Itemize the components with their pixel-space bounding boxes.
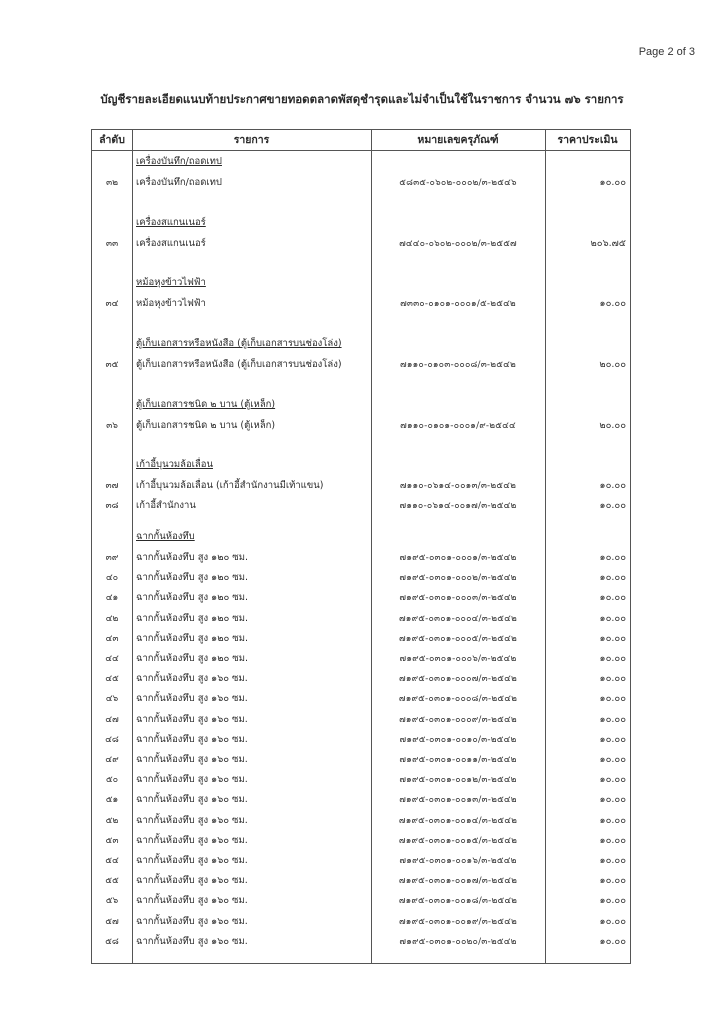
table-row: ๕๒ฉากกั้นห้องทึบ สูง ๑๖๐ ซม.๗๑๙๕-๐๓๐๑-๐๐…: [92, 811, 630, 831]
appraised-price: ๑๐.๐๐: [545, 770, 626, 790]
item-name: ฉากกั้นห้องทึบ สูง ๑๖๐ ซม.: [136, 710, 372, 730]
group-heading-row: หม้อหุงข้าวไฟฟ้า: [92, 273, 630, 293]
item-name: หม้อหุงข้าวไฟฟ้า: [136, 294, 372, 314]
header-item: รายการ: [132, 130, 371, 150]
table-row: ๓๓เครื่องสแกนเนอร์๗๔๔๐-๐๖๐๒-๐๐๐๒/๓-๒๕๕๗๒…: [92, 234, 630, 254]
asset-code: ๗๑๙๕-๐๓๐๑-๐๐๑๗/๓-๒๕๔๒: [371, 871, 545, 891]
header-no: ลำดับ: [92, 130, 132, 150]
asset-code: ๗๑๙๕-๐๓๐๑-๐๐๐๗/๓-๒๕๔๒: [371, 669, 545, 689]
appraised-price: ๑๐.๐๐: [545, 831, 626, 851]
item-number: ๔๕: [92, 669, 132, 689]
item-number: ๔๙: [92, 750, 132, 770]
asset-code: ๗๑๙๕-๐๓๐๑-๐๐๒๐/๓-๒๕๔๒: [371, 932, 545, 952]
item-number: ๕๖: [92, 891, 132, 911]
appraised-price: ๑๐.๐๐: [545, 588, 626, 608]
asset-code: ๗๑๙๕-๐๓๐๑-๐๐๑๓/๓-๒๕๔๒: [371, 790, 545, 810]
asset-code: ๗๑๙๕-๐๓๐๑-๐๐๐๔/๓-๒๕๔๒: [371, 609, 545, 629]
item-name: ฉากกั้นห้องทึบ สูง ๑๖๐ ซม.: [136, 770, 372, 790]
item-name: ตู้เก็บเอกสารชนิด ๒ บาน (ตู้เหล็ก): [136, 416, 372, 436]
asset-code: ๗๑๙๕-๐๓๐๑-๐๐๑๙/๓-๒๕๔๒: [371, 912, 545, 932]
item-number: ๕๐: [92, 770, 132, 790]
item-name: เก้าอี้สำนักงาน: [136, 496, 372, 516]
item-name: ฉากกั้นห้องทึบ สูง ๑๖๐ ซม.: [136, 689, 372, 709]
asset-code: ๗๑๑๐-๐๖๑๔-๐๐๑๓/๓-๒๕๔๒: [371, 476, 545, 496]
item-name: ฉากกั้นห้องทึบ สูง ๑๖๐ ซม.: [136, 891, 372, 911]
group-title: เครื่องบันทึก/ถอดเทป: [136, 152, 372, 172]
item-name: เก้าอี้บุนวมล้อเลื่อน (เก้าอี้สำนักงานมี…: [136, 476, 372, 496]
asset-code: ๗๑๙๕-๐๓๐๑-๐๐๐๙/๓-๒๕๔๒: [371, 710, 545, 730]
item-number: ๔๑: [92, 588, 132, 608]
asset-code: ๗๑๙๕-๐๓๐๑-๐๐๐๕/๓-๒๕๔๒: [371, 629, 545, 649]
item-name: ตู้เก็บเอกสารหรือหนังสือ (ตู้เก็บเอกสารบ…: [136, 355, 372, 375]
asset-code: ๕๘๓๕-๐๖๐๒-๐๐๐๒/๓-๒๕๔๖: [371, 173, 545, 193]
group-title: เก้าอี้บุนวมล้อเลื่อน: [136, 455, 372, 475]
appraised-price: ๑๐.๐๐: [545, 629, 626, 649]
item-number: ๔๖: [92, 689, 132, 709]
item-number: ๔๘: [92, 730, 132, 750]
item-number: ๕๘: [92, 932, 132, 952]
header-asset-code: หมายเลขครุภัณฑ์: [371, 130, 545, 150]
item-number: ๓๓: [92, 234, 132, 254]
item-name: เครื่องบันทึก/ถอดเทป: [136, 173, 372, 193]
item-number: ๓๒: [92, 173, 132, 193]
appraised-price: ๑๐.๐๐: [545, 496, 626, 516]
item-name: ฉากกั้นห้องทึบ สูง ๑๖๐ ซม.: [136, 730, 372, 750]
group-heading-row: ฉากกั้นห้องทึบ: [92, 527, 630, 547]
item-name: ฉากกั้นห้องทึบ สูง ๑๖๐ ซม.: [136, 831, 372, 851]
item-name: ฉากกั้นห้องทึบ สูง ๑๖๐ ซม.: [136, 750, 372, 770]
group-title: เครื่องสแกนเนอร์: [136, 213, 372, 233]
asset-code: ๗๑๙๕-๐๓๐๑-๐๐๐๑/๓-๒๕๔๒: [371, 548, 545, 568]
item-number: ๔๓: [92, 629, 132, 649]
item-name: ฉากกั้นห้องทึบ สูง ๑๖๐ ซม.: [136, 811, 372, 831]
table-row: ๔๒ฉากกั้นห้องทึบ สูง ๑๒๐ ซม.๗๑๙๕-๐๓๐๑-๐๐…: [92, 609, 630, 629]
table-row: ๓๗เก้าอี้บุนวมล้อเลื่อน (เก้าอี้สำนักงาน…: [92, 476, 630, 496]
asset-code: ๗๑๙๕-๐๓๐๑-๐๐๑๒/๓-๒๕๔๒: [371, 770, 545, 790]
table-row: ๕๗ฉากกั้นห้องทึบ สูง ๑๖๐ ซม.๗๑๙๕-๐๓๐๑-๐๐…: [92, 912, 630, 932]
item-number: ๔๗: [92, 710, 132, 730]
item-name: เครื่องสแกนเนอร์: [136, 234, 372, 254]
appraised-price: ๑๐.๐๐: [545, 912, 626, 932]
appraised-price: ๑๐.๐๐: [545, 750, 626, 770]
asset-code: ๗๑๙๕-๐๓๐๑-๐๐๑๔/๓-๒๕๔๒: [371, 811, 545, 831]
item-number: ๕๓: [92, 831, 132, 851]
group-heading-row: ตู้เก็บเอกสารชนิด ๒ บาน (ตู้เหล็ก): [92, 395, 630, 415]
appraised-price: ๑๐.๐๐: [545, 932, 626, 952]
item-name: ฉากกั้นห้องทึบ สูง ๑๒๐ ซม.: [136, 609, 372, 629]
group-title: หม้อหุงข้าวไฟฟ้า: [136, 273, 372, 293]
appraised-price: ๒๐๖.๗๕: [545, 234, 626, 254]
appraised-price: ๑๐.๐๐: [545, 730, 626, 750]
table-row: ๔๘ฉากกั้นห้องทึบ สูง ๑๖๐ ซม.๗๑๙๕-๐๓๐๑-๐๐…: [92, 730, 630, 750]
table-row: ๓๖ตู้เก็บเอกสารชนิด ๒ บาน (ตู้เหล็ก)๗๑๑๐…: [92, 416, 630, 436]
asset-code: ๗๑๙๕-๐๓๐๑-๐๐๐๓/๓-๒๕๔๒: [371, 588, 545, 608]
asset-code: ๗๑๑๐-๐๑๐๑-๐๐๐๑/๙-๒๕๔๔: [371, 416, 545, 436]
table-row: ๔๙ฉากกั้นห้องทึบ สูง ๑๖๐ ซม.๗๑๙๕-๐๓๐๑-๐๐…: [92, 750, 630, 770]
group-heading-row: เก้าอี้บุนวมล้อเลื่อน: [92, 455, 630, 475]
document-title: บัญชีรายละเอียดแนบท้ายประกาศขายทอดตลาดพั…: [0, 91, 724, 109]
item-name: ฉากกั้นห้องทึบ สูง ๑๖๐ ซม.: [136, 932, 372, 952]
group-heading-row: เครื่องบันทึก/ถอดเทป: [92, 152, 630, 172]
item-number: ๕๑: [92, 790, 132, 810]
header-price: ราคาประเมิน: [545, 130, 630, 150]
asset-code: ๗๑๙๕-๐๓๐๑-๐๐๐๒/๓-๒๕๔๒: [371, 568, 545, 588]
table-row: ๕๕ฉากกั้นห้องทึบ สูง ๑๖๐ ซม.๗๑๙๕-๐๓๐๑-๐๐…: [92, 871, 630, 891]
item-number: ๓๗: [92, 476, 132, 496]
table-row: ๔๔ฉากกั้นห้องทึบ สูง ๑๒๐ ซม.๗๑๙๕-๐๓๐๑-๐๐…: [92, 649, 630, 669]
item-number: ๔๐: [92, 568, 132, 588]
asset-code: ๗๑๙๕-๐๓๐๑-๐๐๑๕/๓-๒๕๔๒: [371, 831, 545, 851]
item-number: ๔๒: [92, 609, 132, 629]
appraised-price: ๑๐.๐๐: [545, 294, 626, 314]
appraised-price: ๑๐.๐๐: [545, 669, 626, 689]
asset-table: ลำดับ รายการ หมายเลขครุภัณฑ์ ราคาประเมิน…: [91, 129, 631, 964]
table-row: ๓๒เครื่องบันทึก/ถอดเทป๕๘๓๕-๐๖๐๒-๐๐๐๒/๓-๒…: [92, 173, 630, 193]
table-row: ๓๘เก้าอี้สำนักงาน๗๑๑๐-๐๖๑๔-๐๐๑๗/๓-๒๕๔๒๑๐…: [92, 496, 630, 516]
asset-code: ๗๑๙๕-๐๓๐๑-๐๐๑๖/๓-๒๕๔๒: [371, 851, 545, 871]
group-title: ตู้เก็บเอกสารหรือหนังสือ (ตู้เก็บเอกสารบ…: [136, 334, 372, 354]
table-row: ๔๖ฉากกั้นห้องทึบ สูง ๑๖๐ ซม.๗๑๙๕-๐๓๐๑-๐๐…: [92, 689, 630, 709]
item-number: ๕๕: [92, 871, 132, 891]
item-name: ฉากกั้นห้องทึบ สูง ๑๒๐ ซม.: [136, 568, 372, 588]
group-heading-row: เครื่องสแกนเนอร์: [92, 213, 630, 233]
item-name: ฉากกั้นห้องทึบ สูง ๑๖๐ ซม.: [136, 912, 372, 932]
table-row: ๕๑ฉากกั้นห้องทึบ สูง ๑๖๐ ซม.๗๑๙๕-๐๓๐๑-๐๐…: [92, 790, 630, 810]
table-row: ๕๘ฉากกั้นห้องทึบ สูง ๑๖๐ ซม.๗๑๙๕-๐๓๐๑-๐๐…: [92, 932, 630, 952]
appraised-price: ๑๐.๐๐: [545, 476, 626, 496]
appraised-price: ๑๐.๐๐: [545, 891, 626, 911]
appraised-price: ๑๐.๐๐: [545, 173, 626, 193]
item-name: ฉากกั้นห้องทึบ สูง ๑๒๐ ซม.: [136, 629, 372, 649]
appraised-price: ๒๐.๐๐: [545, 355, 626, 375]
item-number: ๓๖: [92, 416, 132, 436]
group-heading-row: ตู้เก็บเอกสารหรือหนังสือ (ตู้เก็บเอกสารบ…: [92, 334, 630, 354]
header-divider: [92, 150, 630, 151]
item-name: ฉากกั้นห้องทึบ สูง ๑๖๐ ซม.: [136, 790, 372, 810]
table-row: ๕๖ฉากกั้นห้องทึบ สูง ๑๖๐ ซม.๗๑๙๕-๐๓๐๑-๐๐…: [92, 891, 630, 911]
appraised-price: ๑๐.๐๐: [545, 710, 626, 730]
table-row: ๔๓ฉากกั้นห้องทึบ สูง ๑๒๐ ซม.๗๑๙๕-๐๓๐๑-๐๐…: [92, 629, 630, 649]
table-row: ๔๗ฉากกั้นห้องทึบ สูง ๑๖๐ ซม.๗๑๙๕-๐๓๐๑-๐๐…: [92, 710, 630, 730]
table-row: ๕๔ฉากกั้นห้องทึบ สูง ๑๖๐ ซม.๗๑๙๕-๐๓๐๑-๐๐…: [92, 851, 630, 871]
table-row: ๓๔หม้อหุงข้าวไฟฟ้า๗๓๓๐-๐๑๐๑-๐๐๐๑/๕-๒๕๔๒๑…: [92, 294, 630, 314]
item-name: ฉากกั้นห้องทึบ สูง ๑๒๐ ซม.: [136, 649, 372, 669]
group-title: ตู้เก็บเอกสารชนิด ๒ บาน (ตู้เหล็ก): [136, 395, 372, 415]
appraised-price: ๑๐.๐๐: [545, 548, 626, 568]
table-row: ๓๙ฉากกั้นห้องทึบ สูง ๑๒๐ ซม.๗๑๙๕-๐๓๐๑-๐๐…: [92, 548, 630, 568]
table-row: ๔๑ฉากกั้นห้องทึบ สูง ๑๒๐ ซม.๗๑๙๕-๐๓๐๑-๐๐…: [92, 588, 630, 608]
appraised-price: ๑๐.๐๐: [545, 568, 626, 588]
item-number: ๔๔: [92, 649, 132, 669]
page-number: Page 2 of 3: [639, 46, 695, 58]
group-title: ฉากกั้นห้องทึบ: [136, 527, 372, 547]
asset-code: ๗๑๙๕-๐๓๐๑-๐๐๐๘/๓-๒๕๔๒: [371, 689, 545, 709]
asset-code: ๗๑๙๕-๐๓๐๑-๐๐๑๘/๓-๒๕๔๒: [371, 891, 545, 911]
table-row: ๓๕ตู้เก็บเอกสารหรือหนังสือ (ตู้เก็บเอกสา…: [92, 355, 630, 375]
table-row: ๕๐ฉากกั้นห้องทึบ สูง ๑๖๐ ซม.๗๑๙๕-๐๓๐๑-๐๐…: [92, 770, 630, 790]
item-number: ๓๔: [92, 294, 132, 314]
appraised-price: ๑๐.๐๐: [545, 689, 626, 709]
asset-code: ๗๑๙๕-๐๓๐๑-๐๐๐๖/๓-๒๕๔๒: [371, 649, 545, 669]
appraised-price: ๑๐.๐๐: [545, 790, 626, 810]
appraised-price: ๑๐.๐๐: [545, 649, 626, 669]
asset-code: ๗๑๑๐-๐๑๐๓-๐๐๐๘/๓-๒๕๔๒: [371, 355, 545, 375]
asset-code: ๗๑๙๕-๐๓๐๑-๐๐๑๑/๓-๒๕๔๒: [371, 750, 545, 770]
item-number: ๓๕: [92, 355, 132, 375]
appraised-price: ๑๐.๐๐: [545, 811, 626, 831]
item-number: ๓๘: [92, 496, 132, 516]
appraised-price: ๑๐.๐๐: [545, 851, 626, 871]
asset-code: ๗๓๓๐-๐๑๐๑-๐๐๐๑/๕-๒๕๔๒: [371, 294, 545, 314]
appraised-price: ๑๐.๐๐: [545, 871, 626, 891]
item-number: ๕๗: [92, 912, 132, 932]
asset-code: ๗๑๙๕-๐๓๐๑-๐๐๑๐/๓-๒๕๔๒: [371, 730, 545, 750]
table-row: ๕๓ฉากกั้นห้องทึบ สูง ๑๖๐ ซม.๗๑๙๕-๐๓๐๑-๐๐…: [92, 831, 630, 851]
appraised-price: ๑๐.๐๐: [545, 609, 626, 629]
asset-code: ๗๑๑๐-๐๖๑๔-๐๐๑๗/๓-๒๕๔๒: [371, 496, 545, 516]
asset-code: ๗๔๔๐-๐๖๐๒-๐๐๐๒/๓-๒๕๕๗: [371, 234, 545, 254]
item-number: ๓๙: [92, 548, 132, 568]
item-name: ฉากกั้นห้องทึบ สูง ๑๒๐ ซม.: [136, 588, 372, 608]
item-number: ๕๒: [92, 811, 132, 831]
item-name: ฉากกั้นห้องทึบ สูง ๑๖๐ ซม.: [136, 871, 372, 891]
table-row: ๔๕ฉากกั้นห้องทึบ สูง ๑๖๐ ซม.๗๑๙๕-๐๓๐๑-๐๐…: [92, 669, 630, 689]
appraised-price: ๒๐.๐๐: [545, 416, 626, 436]
item-name: ฉากกั้นห้องทึบ สูง ๑๒๐ ซม.: [136, 548, 372, 568]
item-name: ฉากกั้นห้องทึบ สูง ๑๖๐ ซม.: [136, 851, 372, 871]
item-number: ๕๔: [92, 851, 132, 871]
table-row: ๔๐ฉากกั้นห้องทึบ สูง ๑๒๐ ซม.๗๑๙๕-๐๓๐๑-๐๐…: [92, 568, 630, 588]
item-name: ฉากกั้นห้องทึบ สูง ๑๖๐ ซม.: [136, 669, 372, 689]
